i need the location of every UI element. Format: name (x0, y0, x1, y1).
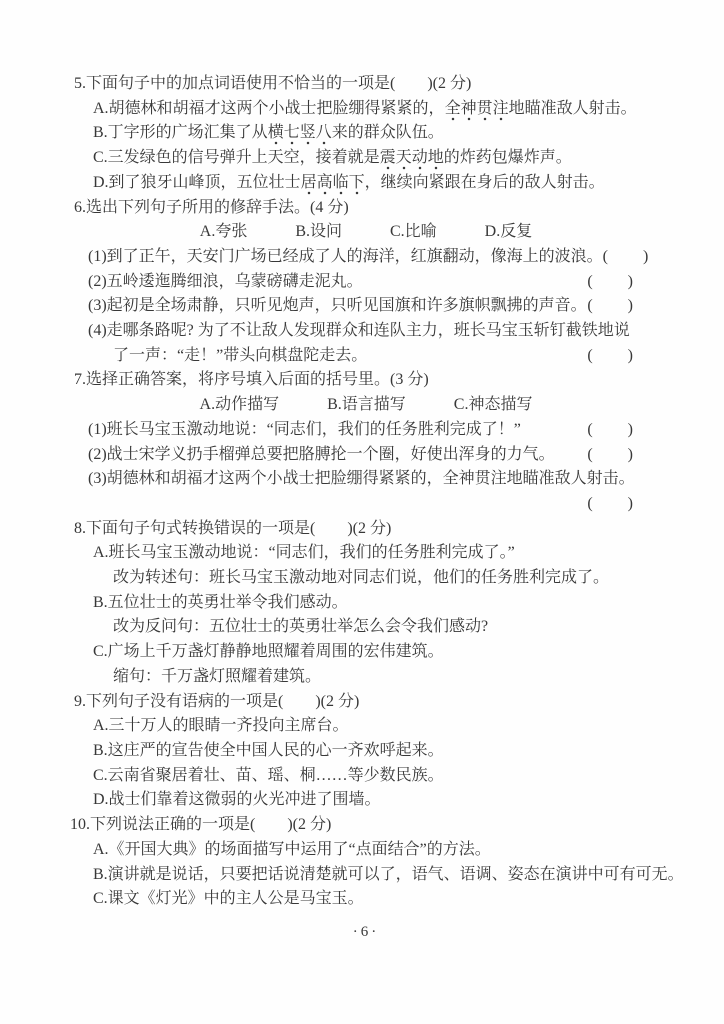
question-stem-text: 6.选出下列句子所用的修辞手法。(4 分) (74, 196, 349, 221)
page-number: ·6· (74, 920, 658, 945)
emphasized-phrase: 横七竖八 (268, 124, 332, 145)
option-text: B.丁字形的广场汇集了从横七竖八来的群众队伍。 (93, 121, 444, 146)
question-stem-text: 10.下列说法正确的一项是( )(2 分) (70, 813, 331, 838)
option-text-pre: D.到了狼牙山峰顶，五位壮士 (93, 174, 301, 191)
question-8-option-a-note: 改为转述句：班长马宝玉激动地对同志们说，他们的任务胜利完成了。 (74, 566, 658, 591)
item-text: (1)班长马宝玉激动地说：“同志们，我们的任务胜利完成了！” (88, 418, 521, 443)
question-8-option-b: B.五位壮士的英勇壮举令我们感动。 (74, 591, 658, 616)
question-7-item-3: (3)胡德林和胡福才这两个小战士把脸绷得紧紧的，全神贯注地瞄准敌人射击。 (74, 467, 658, 492)
answer-bracket: ( ) (587, 492, 634, 517)
option-text-post: 来的群众队伍。 (332, 124, 444, 141)
item-text: (3)胡德林和胡福才这两个小战士把脸绷得紧紧的，全神贯注地瞄准敌人射击。 (88, 467, 635, 492)
option-text: C.广场上千万盏灯静静地照耀着周围的宏伟建筑。 (93, 640, 444, 665)
answer-bracket: ( ) (603, 245, 650, 270)
question-5-option-b: B.丁字形的广场汇集了从横七竖八来的群众队伍。 (74, 121, 658, 146)
question-6-item-1: (1)到了正午，天安门广场已经成了人的海洋，红旗翻动，像海上的波浪。 ( ) (74, 245, 658, 270)
option-text: C.课文《灯光》中的主人公是马宝玉。 (93, 887, 364, 912)
question-5-option-a: A.胡德林和胡福才这两个小战士把脸绷得紧紧的，全神贯注地瞄准敌人射击。 (74, 97, 658, 122)
option-text: C.三发绿色的信号弹升上天空，接着就是震天动地的炸药包爆炸声。 (93, 146, 572, 171)
item-text: (4)走哪条路呢? 为了不让敌人发现群众和连队主力，班长马宝玉斩钉截铁地说 (88, 319, 630, 344)
question-8-option-c-note: 缩句：千万盏灯照耀着建筑。 (74, 665, 658, 690)
option-text: A.《开国大典》的场面描写中运用了“点面结合”的方法。 (93, 838, 491, 863)
answer-bracket: ( ) (587, 418, 634, 443)
emphasized-phrase: 震天动地 (380, 149, 444, 170)
question-8-option-b-note: 改为反问句：五位壮士的英勇壮举怎么会令我们感动? (74, 615, 658, 640)
question-10-option-a: A.《开国大典》的场面描写中运用了“点面结合”的方法。 (74, 838, 658, 863)
question-7-item-1: (1)班长马宝玉激动地说：“同志们，我们的任务胜利完成了！” ( ) (74, 418, 658, 443)
conversion-note-text: 改为反问句：五位壮士的英勇壮举怎么会令我们感动? (113, 615, 488, 640)
conversion-note-text: 缩句：千万盏灯照耀着建筑。 (113, 665, 321, 690)
answer-bracket: ( ) (587, 344, 634, 369)
choice-list-text: A.动作描写 B.语言描写 C.神态描写 (200, 393, 533, 418)
question-9-stem: 9.下列句子没有语病的一项是( )(2 分) (74, 690, 658, 715)
option-text: C.云南省聚居着壮、苗、瑶、桐……等少数民族。 (93, 764, 444, 789)
question-stem-text: 5.下面句子中的加点词语使用不恰当的一项是( )(2 分) (74, 72, 471, 97)
question-6-item-4: (4)走哪条路呢? 为了不让敌人发现群众和连队主力，班长马宝玉斩钉截铁地说 (74, 319, 658, 344)
option-text-post: 地瞄准敌人射击。 (509, 100, 637, 117)
question-7-choice-list: A.动作描写 B.语言描写 C.神态描写 (74, 393, 658, 418)
option-text: B.这庄严的宣告使全中国人民的心一齐欢呼起来。 (93, 739, 444, 764)
option-text-pre: C.三发绿色的信号弹升上天空，接着就是 (93, 149, 380, 166)
question-10-stem: 10.下列说法正确的一项是( )(2 分) (70, 813, 658, 838)
item-text: (2)战士宋学义扔手榴弹总要把胳膊抡一个圈，好使出浑身的力气。 (88, 443, 555, 468)
option-text: B.演讲就是说话，只要把话说清楚就可以了，语气、语调、姿态在演讲中可有可无。 (93, 863, 684, 888)
option-text: D.到了狼牙山峰顶，五位壮士居高临下，继续向紧跟在身后的敌人射击。 (93, 171, 605, 196)
conversion-note-text: 改为转述句：班长马宝玉激动地对同志们说，他们的任务胜利完成了。 (113, 566, 609, 591)
question-7-stem: 7.选择正确答案，将序号填入后面的括号里。(3 分) (74, 368, 658, 393)
option-text-post: 的炸药包爆炸声。 (444, 149, 572, 166)
question-5-stem: 5.下面句子中的加点词语使用不恰当的一项是( )(2 分) (74, 72, 658, 97)
question-9-option-c: C.云南省聚居着壮、苗、瑶、桐……等少数民族。 (74, 764, 658, 789)
question-9-option-d: D.战士们靠着这微弱的火光冲进了围墙。 (74, 788, 658, 813)
item-text: (2)五岭逶迤腾细浪，乌蒙磅礴走泥丸。 (88, 270, 363, 295)
option-text: D.战士们靠着这微弱的火光冲进了围墙。 (93, 788, 381, 813)
question-6-stem: 6.选出下列句子所用的修辞手法。(4 分) (74, 196, 658, 221)
item-text: (3)起初是全场肃静，只听见炮声，只听见国旗和许多旗帜飘拂的声音。 (88, 294, 587, 319)
option-text-pre: A.胡德林和胡福才这两个小战士把脸绷得紧紧的， (93, 100, 445, 117)
question-8-option-a: A.班长马宝玉激动地说：“同志们，我们的任务胜利完成了。” (74, 541, 658, 566)
question-9-option-b: B.这庄严的宣告使全中国人民的心一齐欢呼起来。 (74, 739, 658, 764)
question-6-choice-list: A.夸张 B.设问 C.比喻 D.反复 (74, 220, 658, 245)
option-text-post: ，继续向紧跟在身后的敌人射击。 (365, 174, 605, 191)
question-5-option-d: D.到了狼牙山峰顶，五位壮士居高临下，继续向紧跟在身后的敌人射击。 (74, 171, 658, 196)
question-7-item-2: (2)战士宋学义扔手榴弹总要把胳膊抡一个圈，好使出浑身的力气。 ( ) (74, 443, 658, 468)
question-6-item-4-continuation: 了一声：“走！”带头向棋盘陀走去。 ( ) (74, 344, 658, 369)
choice-list-text: A.夸张 B.设问 C.比喻 D.反复 (200, 220, 532, 245)
item-text: (1)到了正午，天安门广场已经成了人的海洋，红旗翻动，像海上的波浪。 (88, 245, 603, 270)
answer-bracket: ( ) (587, 443, 634, 468)
emphasized-phrase: 居高临下 (301, 174, 365, 195)
option-text: A.胡德林和胡福才这两个小战士把脸绷得紧紧的，全神贯注地瞄准敌人射击。 (93, 97, 637, 122)
question-10-option-b: B.演讲就是说话，只要把话说清楚就可以了，语气、语调、姿态在演讲中可有可无。 (74, 863, 658, 888)
question-stem-text: 9.下列句子没有语病的一项是( )(2 分) (74, 690, 359, 715)
question-stem-text: 8.下面句子句式转换错误的一项是( )(2 分) (74, 517, 391, 542)
test-paper-page: 5.下面句子中的加点词语使用不恰当的一项是( )(2 分) A.胡德林和胡福才这… (74, 72, 658, 945)
item-text: 了一声：“走！”带头向棋盘陀走去。 (113, 344, 367, 369)
question-9-option-a: A.三十万人的眼睛一齐投向主席台。 (74, 714, 658, 739)
question-10-option-c: C.课文《灯光》中的主人公是马宝玉。 (74, 887, 658, 912)
option-text: A.班长马宝玉激动地说：“同志们，我们的任务胜利完成了。” (93, 541, 515, 566)
question-8-stem: 8.下面句子句式转换错误的一项是( )(2 分) (74, 517, 658, 542)
question-stem-text: 7.选择正确答案，将序号填入后面的括号里。(3 分) (74, 368, 429, 393)
option-text-pre: B.丁字形的广场汇集了从 (93, 124, 268, 141)
answer-bracket: ( ) (587, 294, 634, 319)
question-6-item-2: (2)五岭逶迤腾细浪，乌蒙磅礴走泥丸。 ( ) (74, 270, 658, 295)
question-7-item-3-bracket-line: ( ) (74, 492, 658, 517)
question-8-option-c: C.广场上千万盏灯静静地照耀着周围的宏伟建筑。 (74, 640, 658, 665)
option-text: B.五位壮士的英勇壮举令我们感动。 (93, 591, 348, 616)
option-text: A.三十万人的眼睛一齐投向主席台。 (93, 714, 349, 739)
question-6-item-3: (3)起初是全场肃静，只听见炮声，只听见国旗和许多旗帜飘拂的声音。 ( ) (74, 294, 658, 319)
question-5-option-c: C.三发绿色的信号弹升上天空，接着就是震天动地的炸药包爆炸声。 (74, 146, 658, 171)
emphasized-phrase: 全神贯注 (445, 100, 509, 121)
answer-bracket: ( ) (587, 270, 634, 295)
